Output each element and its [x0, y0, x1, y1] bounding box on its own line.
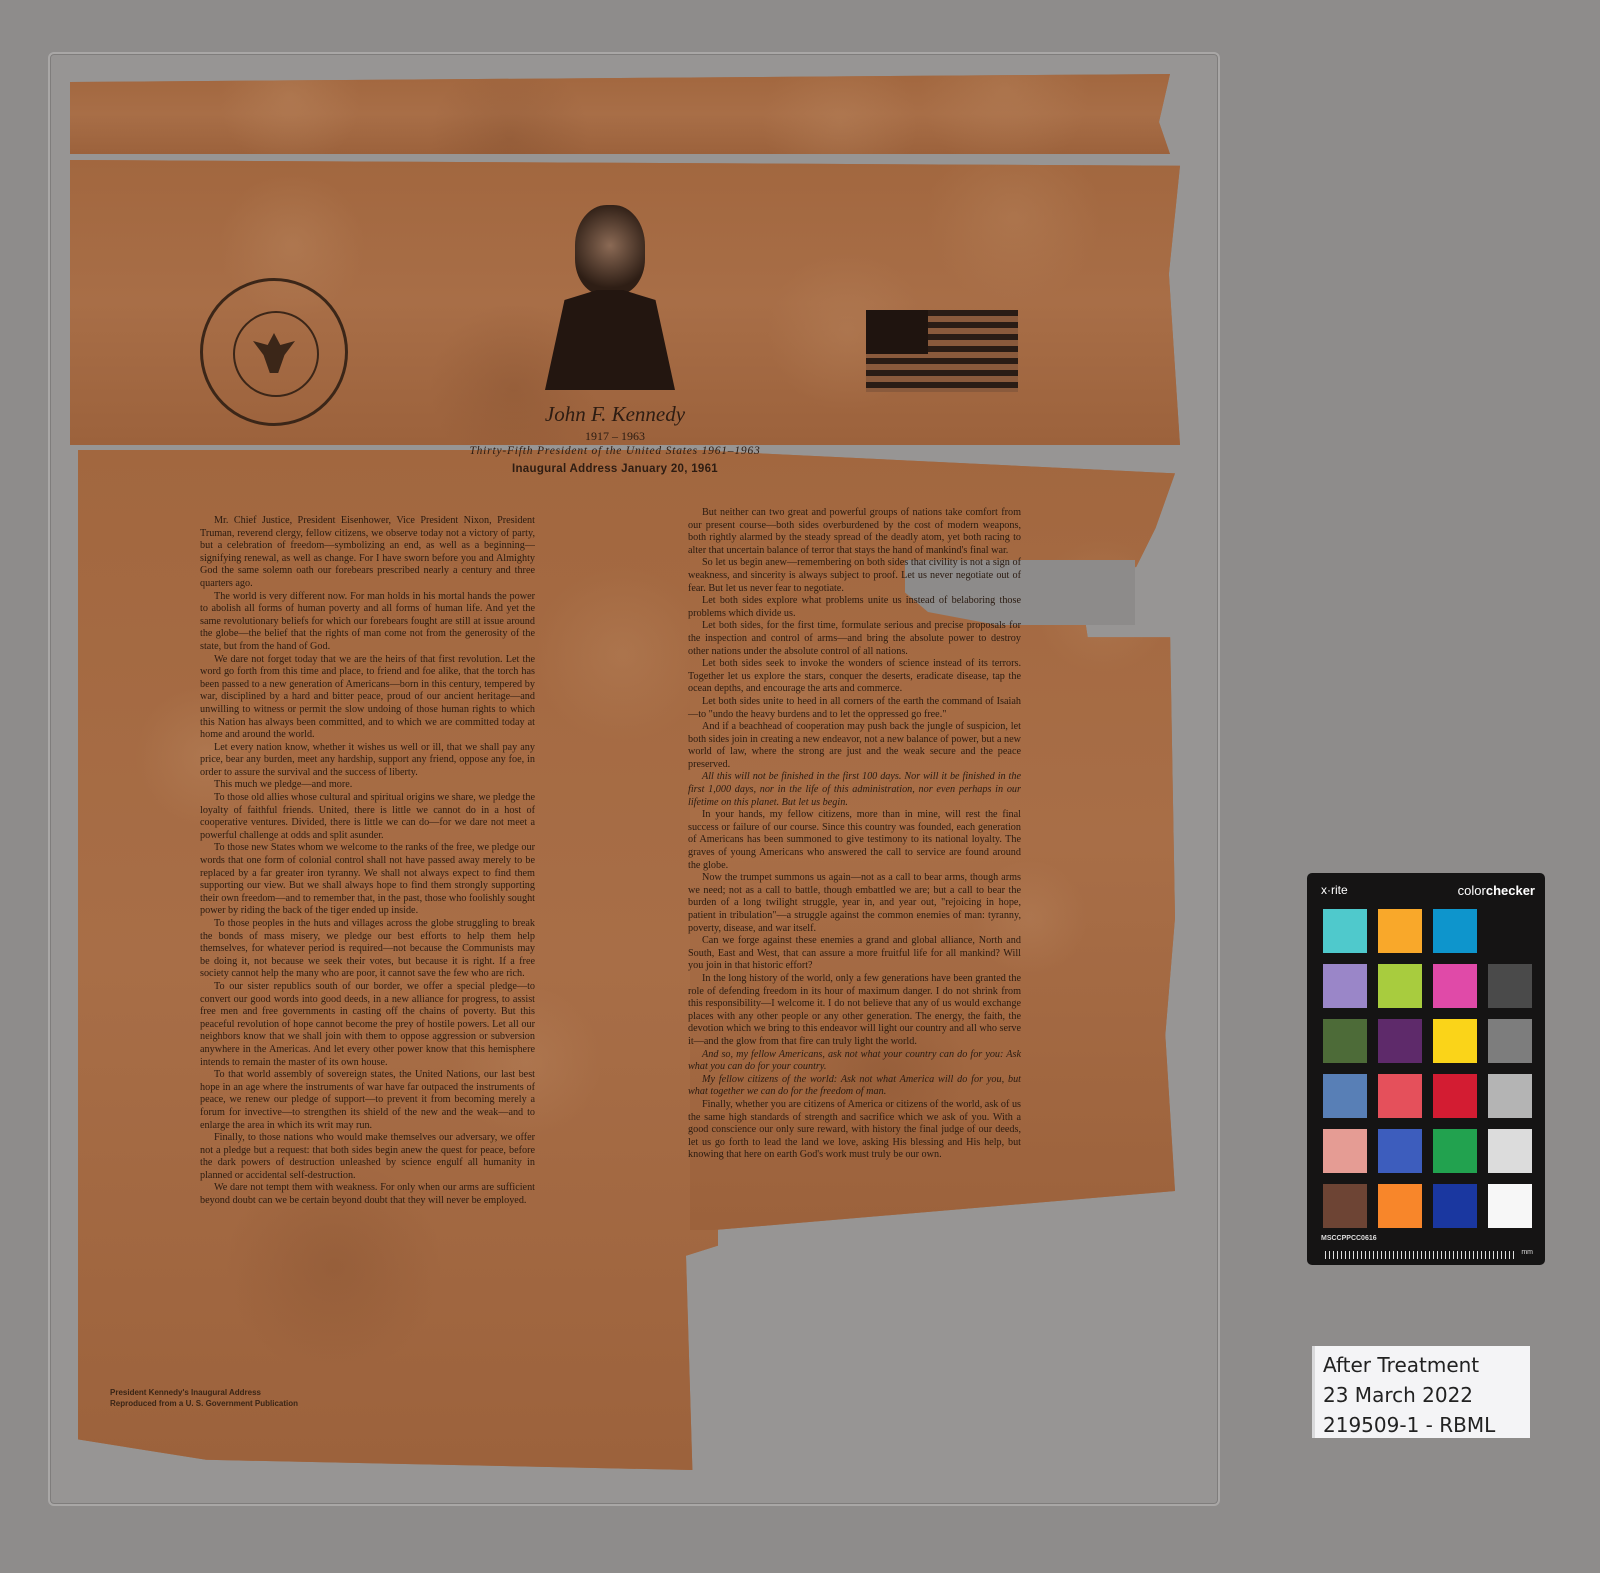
colorchecker-card: x·rite colorchecker MSCCPPCC0616 mm	[1307, 873, 1545, 1265]
treatment-label: After Treatment 23 March 2022 219509-1 -…	[1312, 1346, 1530, 1438]
speech-paragraph: Finally, to those nations who would make…	[200, 1132, 535, 1182]
speech-paragraph: Let every nation know, whether it wishes…	[200, 742, 535, 780]
speech-paragraph: This much we pledge—and more.	[200, 779, 535, 792]
color-swatch	[1378, 1074, 1422, 1118]
document-footer: President Kennedy's Inaugural Address Re…	[110, 1387, 298, 1409]
document-subtitle: Thirty-Fifth President of the United Sta…	[420, 445, 810, 457]
kennedy-portrait	[545, 205, 675, 395]
speech-paragraph: To those peoples in the huts and village…	[200, 918, 535, 981]
color-swatch	[1323, 1019, 1367, 1063]
speech-paragraph: We dare not forget today that we are the…	[200, 654, 535, 742]
color-swatch	[1433, 909, 1477, 953]
speech-paragraph: Mr. Chief Justice, President Eisenhower,…	[200, 515, 535, 591]
ruler-unit: mm	[1521, 1249, 1533, 1256]
document-header: John F. Kennedy 1917 – 1963 Thirty-Fifth…	[420, 402, 810, 475]
color-swatch	[1323, 1184, 1367, 1228]
speech-paragraph: My fellow citizens of the world: Ask not…	[688, 1074, 1021, 1099]
speech-paragraph: Let both sides unite to heed in all corn…	[688, 696, 1021, 721]
color-swatch	[1433, 964, 1477, 1008]
speech-paragraph: And if a beachhead of cooperation may pu…	[688, 721, 1021, 771]
speech-paragraph: In the long history of the world, only a…	[688, 973, 1021, 1049]
color-swatch	[1378, 1184, 1422, 1228]
color-swatch	[1488, 1184, 1532, 1228]
mm-ruler	[1325, 1251, 1515, 1259]
speech-column-right: But neither can two great and powerful g…	[688, 507, 1021, 1162]
speech-paragraph: The world is very different now. For man…	[200, 591, 535, 654]
speech-paragraph: All this will not be finished in the fir…	[688, 771, 1021, 809]
color-swatch	[1323, 1074, 1367, 1118]
color-swatch	[1433, 1129, 1477, 1173]
color-swatch	[1378, 964, 1422, 1008]
speech-paragraph: Can we forge against these enemies a gra…	[688, 935, 1021, 973]
color-swatch	[1488, 1019, 1532, 1063]
speech-paragraph: To those new States whom we welcome to t…	[200, 842, 535, 918]
colorchecker-logo: colorchecker	[1458, 883, 1535, 898]
card-code: MSCCPPCC0616	[1321, 1235, 1377, 1242]
color-swatch	[1433, 1019, 1477, 1063]
color-swatch	[1433, 1184, 1477, 1228]
color-swatch	[1378, 1019, 1422, 1063]
color-swatch	[1488, 909, 1532, 953]
speech-paragraph: Let both sides, for the first time, form…	[688, 620, 1021, 658]
speech-paragraph: And so, my fellow Americans, ask not wha…	[688, 1049, 1021, 1074]
color-swatch	[1488, 1074, 1532, 1118]
footer-line: Reproduced from a U. S. Government Publi…	[110, 1398, 298, 1409]
speech-paragraph: To those old allies whose cultural and s…	[200, 792, 535, 842]
footer-line: President Kennedy's Inaugural Address	[110, 1387, 298, 1398]
speech-paragraph: Now the trumpet summons us again—not as …	[688, 872, 1021, 935]
presidential-seal-icon	[200, 278, 348, 426]
label-date: 23 March 2022	[1323, 1380, 1530, 1410]
speech-paragraph: To that world assembly of sovereign stat…	[200, 1069, 535, 1132]
color-swatch	[1488, 1129, 1532, 1173]
address-heading: Inaugural Address January 20, 1961	[420, 463, 810, 475]
color-swatch	[1433, 1074, 1477, 1118]
color-swatch	[1378, 909, 1422, 953]
label-id: 219509-1 - RBML	[1323, 1410, 1530, 1440]
color-swatch	[1378, 1129, 1422, 1173]
color-swatch	[1488, 964, 1532, 1008]
color-swatch	[1323, 1129, 1367, 1173]
speech-paragraph: Let both sides explore what problems uni…	[688, 595, 1021, 620]
us-flag-icon	[866, 310, 1018, 392]
paper-fragment-top	[70, 74, 1170, 154]
color-swatch	[1323, 909, 1367, 953]
speech-paragraph: To our sister republics south of our bor…	[200, 981, 535, 1069]
speech-column-left: Mr. Chief Justice, President Eisenhower,…	[200, 515, 535, 1208]
speech-paragraph: In your hands, my fellow citizens, more …	[688, 809, 1021, 872]
xrite-logo: x·rite	[1321, 883, 1348, 897]
color-swatch	[1323, 964, 1367, 1008]
speech-paragraph: Finally, whether you are citizens of Ame…	[688, 1099, 1021, 1162]
color-swatch-grid	[1323, 909, 1532, 1228]
speech-paragraph: But neither can two great and powerful g…	[688, 507, 1021, 557]
speech-paragraph: So let us begin anew—remembering on both…	[688, 557, 1021, 595]
speech-paragraph: Let both sides seek to invoke the wonder…	[688, 658, 1021, 696]
life-years: 1917 – 1963	[420, 429, 810, 444]
speech-paragraph: We dare not tempt them with weakness. Fo…	[200, 1182, 535, 1207]
document-title: John F. Kennedy	[420, 402, 810, 427]
label-status: After Treatment	[1323, 1350, 1530, 1380]
